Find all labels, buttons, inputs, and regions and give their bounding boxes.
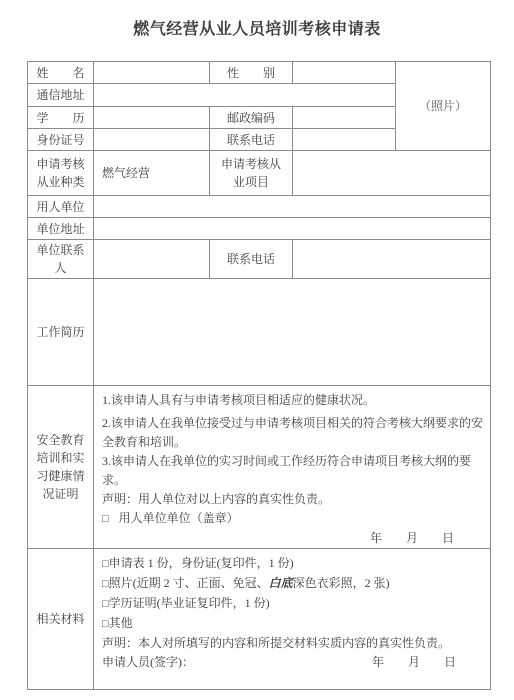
postal-code-field[interactable] — [293, 107, 396, 129]
materials-section-label: 相关材料 — [28, 549, 94, 690]
material-item-label: 深色衣彩照，2 张) — [293, 576, 390, 590]
materials-section-content: □申请表 1 份，身份证(复印件，1 份) □照片(近期 2 寸、正面、免冠、白… — [94, 549, 491, 690]
row-category-project: 申请考核从业种类 燃气经营 申请考核从业项目 — [28, 151, 491, 196]
form-title: 燃气经营从业人员培训考核申请表 — [0, 16, 514, 39]
safety-item-1: 1.该申请人具有与申请考核项目相适应的健康状况。 — [102, 391, 484, 410]
row-unit-contact: 单位联系人 联系电话 — [28, 240, 491, 279]
address-label: 通信地址 — [28, 84, 94, 107]
gender-field[interactable] — [293, 62, 396, 84]
material-item-photo: □照片(近期 2 寸、正面、免冠、白底深色衣彩照，2 张) — [102, 574, 484, 594]
row-name-gender: 姓 名 性 别 （照片） — [28, 62, 491, 84]
row-unit-address: 单位地址 — [28, 218, 491, 240]
materials-date-line: 年 月 日 — [372, 653, 456, 672]
unit-address-label: 单位地址 — [28, 218, 94, 240]
checkbox-icon[interactable]: □ — [102, 558, 109, 570]
row-employer: 用人单位 — [28, 196, 491, 218]
row-work-resume: 工作简历 — [28, 279, 491, 386]
checkbox-icon[interactable]: □ — [102, 618, 109, 630]
safety-declaration: 声明：用人单位对以上内容的真实性负责。 — [102, 490, 484, 509]
material-item-label: 学历证明(毕业证复印件，1 份) — [109, 596, 270, 610]
name-label: 姓 名 — [28, 62, 94, 84]
phone-field[interactable] — [293, 129, 396, 151]
materials-declaration: 声明：本人对所填写的内容和所提交材料实质内容的真实性负责。 — [102, 634, 484, 653]
safety-date-line: 年 月 日 — [102, 529, 484, 548]
unit-phone-label: 联系电话 — [210, 240, 293, 279]
checkbox-icon[interactable]: □ — [102, 598, 109, 610]
apply-category-label: 申请考核从业种类 — [28, 151, 94, 196]
row-materials-section: 相关材料 □申请表 1 份，身份证(复印件，1 份) □照片(近期 2 寸、正面… — [28, 549, 491, 690]
apply-category-value: 燃气经营 — [94, 151, 210, 196]
safety-item-3: 3.该申请人在我单位的实习时间或工作经历符合申请项目考核大纲的要求。 — [102, 452, 484, 490]
photo-placeholder[interactable]: （照片） — [396, 62, 491, 151]
row-safety-section: 安全教育培训和实习健康情况证明 1.该申请人具有与申请考核项目相适应的健康状况。… — [28, 386, 491, 549]
white-background-emphasis: 白底 — [269, 576, 293, 590]
safety-item-2: 2.该申请人在我单位接受过与申请考核项目相关的符合考核大纲要求的安全教育和培训。 — [102, 414, 484, 452]
safety-section-content: 1.该申请人具有与申请考核项目相适应的健康状况。 2.该申请人在我单位接受过与申… — [94, 386, 491, 549]
name-field[interactable] — [94, 62, 210, 84]
material-item-diploma: □学历证明(毕业证复印件，1 份) — [102, 594, 484, 614]
postal-code-label: 邮政编码 — [210, 107, 293, 129]
education-label: 学 历 — [28, 107, 94, 129]
work-resume-label: 工作简历 — [28, 279, 94, 386]
address-field[interactable] — [94, 84, 396, 107]
education-field[interactable] — [94, 107, 210, 129]
id-number-field[interactable] — [94, 129, 210, 151]
id-number-label: 身份证号 — [28, 129, 94, 151]
application-form-table: 姓 名 性 别 （照片） 通信地址 学 历 邮政编码 身份证号 联系电话 — [27, 61, 491, 690]
safety-section-label: 安全教育培训和实习健康情况证明 — [28, 386, 94, 549]
apply-project-label: 申请考核从业项目 — [210, 151, 293, 196]
unit-address-field[interactable] — [94, 218, 491, 240]
material-item-label: 照片(近期 2 寸、正面、免冠、 — [109, 576, 269, 590]
employer-stamp-line: □用人单位单位（盖章） — [102, 509, 484, 529]
checkbox-icon[interactable]: □ — [102, 513, 109, 525]
applicant-sign-label[interactable]: 申请人员(签字)： — [102, 655, 194, 669]
gender-label: 性 别 — [210, 62, 293, 84]
employer-label: 用人单位 — [28, 196, 94, 218]
material-item-application: □申请表 1 份，身份证(复印件，1 份) — [102, 554, 484, 574]
applicant-sign-line: 申请人员(签字)：年 月 日 — [102, 653, 484, 672]
checkbox-icon[interactable]: □ — [102, 578, 109, 590]
apply-project-field[interactable] — [293, 151, 491, 196]
unit-contact-field[interactable] — [94, 240, 210, 279]
employer-field[interactable] — [94, 196, 491, 218]
material-item-label: 申请表 1 份，身份证(复印件，1 份) — [109, 556, 294, 570]
work-resume-field[interactable] — [94, 279, 491, 386]
application-form-page: 燃气经营从业人员培训考核申请表 姓 名 性 别 （照片） 通信地址 学 历 邮政… — [0, 0, 514, 700]
phone-label: 联系电话 — [210, 129, 293, 151]
unit-contact-label: 单位联系人 — [28, 240, 94, 279]
employer-stamp-label: 用人单位单位（盖章） — [119, 511, 239, 525]
material-item-other: □其他 — [102, 614, 484, 634]
material-item-label: 其他 — [109, 616, 133, 630]
unit-phone-field[interactable] — [293, 240, 491, 279]
